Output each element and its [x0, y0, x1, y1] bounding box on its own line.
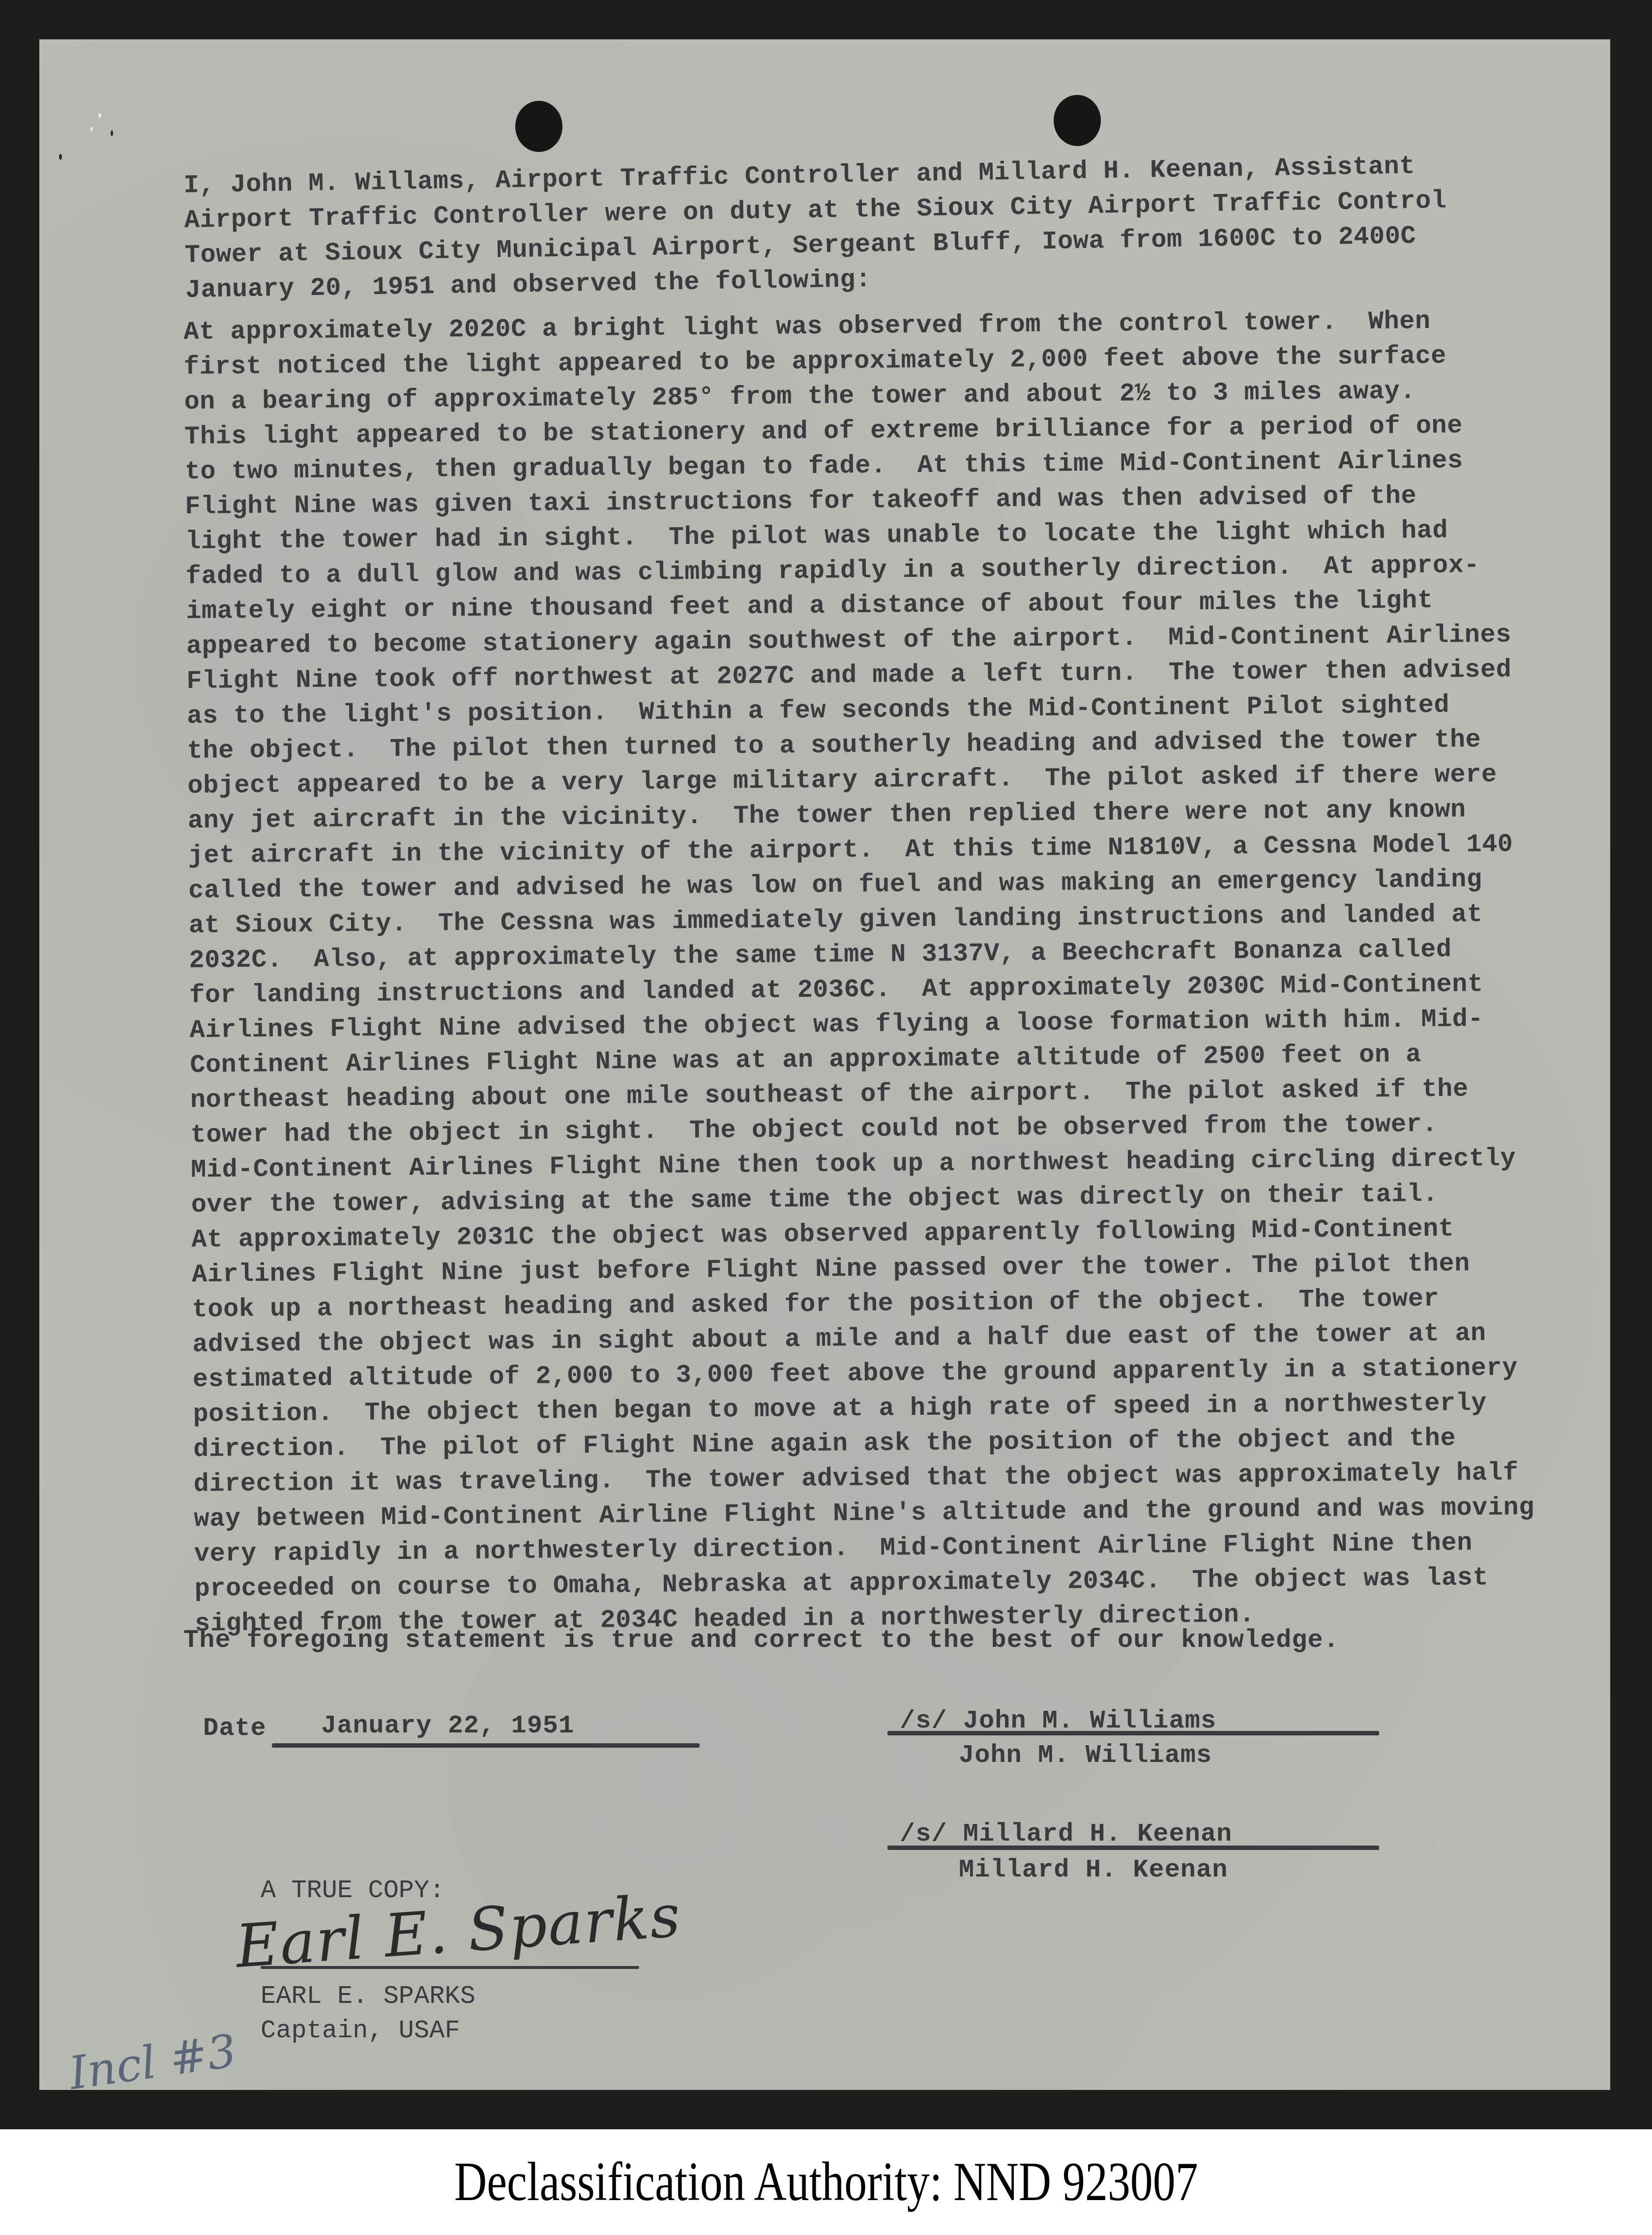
signature-2-line [887, 1846, 1379, 1850]
paper-speck [111, 130, 113, 136]
observation-paragraph: At approximately 2020C a bright light wa… [183, 303, 1535, 1641]
paper-speck [98, 113, 101, 118]
signature-1-line [887, 1731, 1379, 1735]
paper-speck [90, 127, 93, 131]
declassification-text: Declassification Authority: NND 923007 [454, 2150, 1198, 2214]
date-underline [272, 1743, 700, 1748]
signature-2-typed: Millard H. Keenan [959, 1855, 1228, 1884]
true-copy-title: Captain, USAF [261, 2016, 460, 2045]
document-page: I, John M. Willams, Airport Traffic Cont… [39, 39, 1610, 2090]
inclosure-note: Incl #3 [66, 2025, 239, 2100]
punch-hole-left [515, 101, 562, 152]
signature-2-signed: /s/ Millard H. Keenan [900, 1819, 1232, 1848]
true-copy-underline [261, 1966, 639, 1969]
closing-statement: The foregoing statement is true and corr… [183, 1626, 1339, 1655]
intro-paragraph: I, John M. Willams, Airport Traffic Cont… [183, 149, 1448, 308]
true-copy-name: EARL E. SPARKS [261, 1982, 475, 2011]
punch-hole-right [1054, 95, 1101, 146]
date-label: Date [203, 1714, 266, 1743]
paper-speck [59, 154, 62, 160]
date-value: January 22, 1951 [321, 1711, 574, 1740]
declassification-banner: Declassification Authority: NND 923007 [0, 2129, 1652, 2235]
signature-1-typed: John M. Williams [959, 1741, 1212, 1770]
